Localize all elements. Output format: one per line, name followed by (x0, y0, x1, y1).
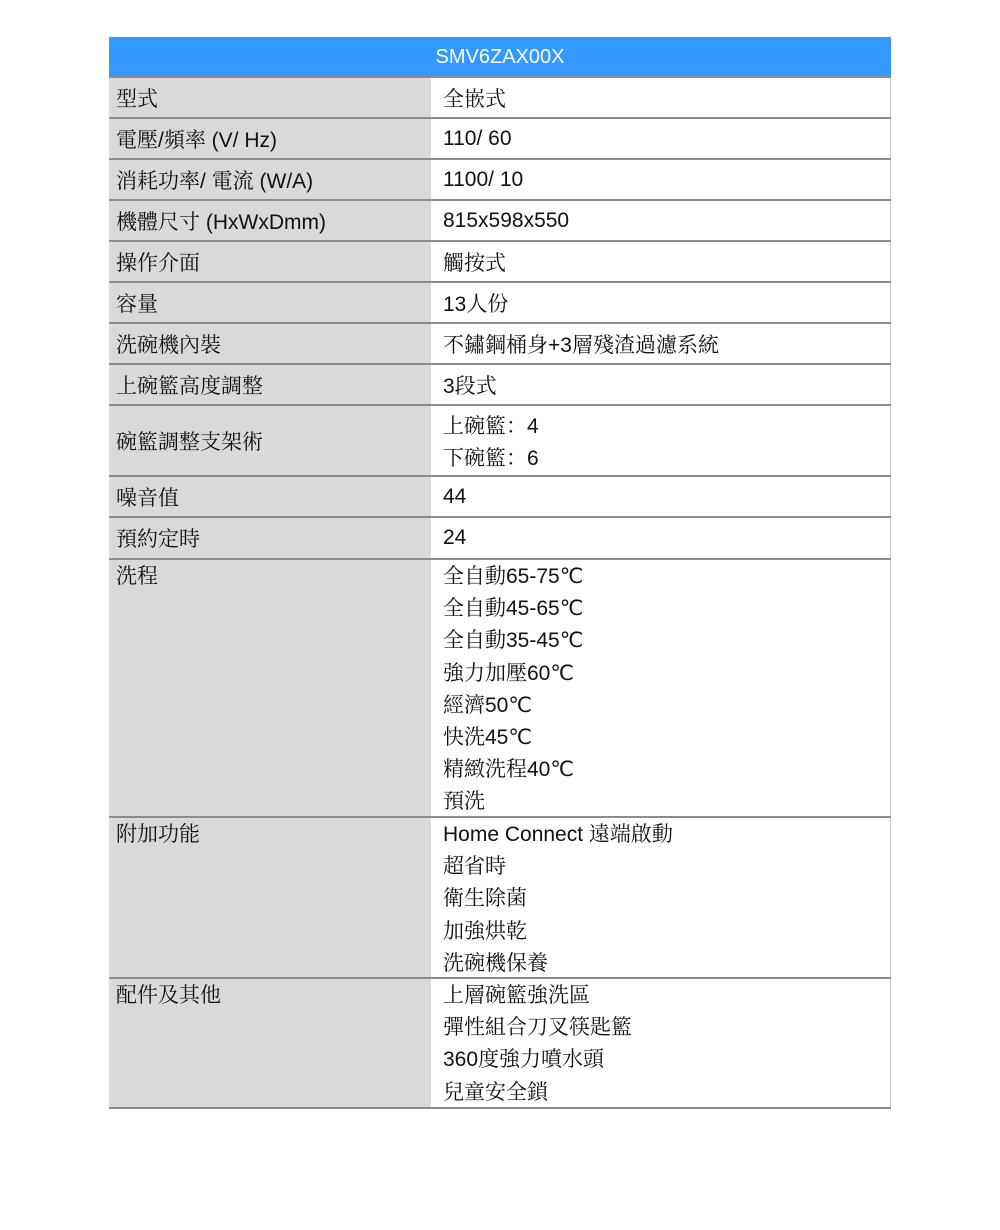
spec-value-line: 彈性組合刀叉筷匙籃 (443, 1012, 890, 1044)
spec-row-voltage: 電壓/頻率 (V/ Hz) 110/ 60 (109, 119, 891, 160)
spec-label-text: 容量 (116, 288, 158, 318)
spec-label: 型式 (109, 78, 431, 117)
spec-value: 觸按式 (431, 242, 891, 281)
spec-value-text: 110/ 60 (443, 127, 512, 151)
spec-label-text: 洗程 (116, 561, 158, 593)
spec-label-text: 附加功能 (116, 819, 200, 851)
spec-value-line: 超省時 (443, 851, 890, 883)
spec-value: 44 (431, 477, 891, 516)
spec-value-line: 強力加壓60℃ (443, 658, 890, 690)
spec-label: 附加功能 (109, 818, 431, 977)
spec-value: 13人份 (431, 283, 891, 322)
spec-row-programs: 洗程 全自動65-75℃ 全自動45-65℃ 全自動35-45℃ 強力加壓60℃… (109, 560, 891, 818)
spec-label: 上碗籃高度調整 (109, 365, 431, 404)
spec-label-text: 上碗籃高度調整 (116, 370, 263, 400)
spec-label: 預約定時 (109, 518, 431, 558)
spec-label-text: 操作介面 (116, 247, 200, 277)
spec-row-capacity: 容量 13人份 (109, 283, 891, 324)
spec-table: SMV6ZAX00X 型式 全嵌式 電壓/頻率 (V/ Hz) 110/ 60 … (109, 37, 891, 1109)
spec-value-line: 下碗籃：6 (443, 443, 890, 475)
spec-label: 機體尺寸 (HxWxDmm) (109, 201, 431, 240)
spec-value-line: 全自動35-45℃ (443, 625, 890, 657)
spec-label: 洗碗機內裝 (109, 324, 431, 363)
spec-label: 洗程 (109, 560, 431, 816)
spec-value: 不鏽鋼桶身+3層殘渣過濾系統 (431, 324, 891, 363)
spec-label-text: 碗籃調整支架術 (116, 426, 263, 456)
spec-value: 815x598x550 (431, 201, 891, 240)
spec-value-line: 全自動45-65℃ (443, 593, 890, 625)
spec-row-basket-racks: 碗籃調整支架術 上碗籃：4 下碗籃：6 (109, 406, 891, 477)
spec-label: 碗籃調整支架術 (109, 406, 431, 475)
spec-label-text: 機體尺寸 (HxWxDmm) (116, 206, 326, 236)
model-header: SMV6ZAX00X (109, 37, 891, 78)
spec-value-text: 全嵌式 (443, 83, 506, 113)
spec-value-line: 上層碗籃強洗區 (443, 980, 890, 1012)
spec-value: Home Connect 遠端啟動 超省時 衛生除菌 加強烘乾 洗碗機保養 (431, 818, 891, 977)
spec-value-line: 洗碗機保養 (443, 948, 890, 980)
spec-value-line: 360度強力噴水頭 (443, 1044, 890, 1076)
spec-label-text: 預約定時 (116, 523, 200, 553)
spec-row-accessories: 配件及其他 上層碗籃強洗區 彈性組合刀叉筷匙籃 360度強力噴水頭 兒童安全鎖 (109, 979, 891, 1109)
spec-row-type: 型式 全嵌式 (109, 78, 891, 119)
spec-value-text: 13人份 (443, 288, 508, 318)
spec-value-text: 不鏽鋼桶身+3層殘渣過濾系統 (443, 329, 719, 359)
spec-value-line: Home Connect 遠端啟動 (443, 819, 890, 851)
spec-row-interior: 洗碗機內裝 不鏽鋼桶身+3層殘渣過濾系統 (109, 324, 891, 365)
spec-label-text: 配件及其他 (116, 980, 221, 1012)
spec-value-text: 24 (443, 526, 466, 550)
spec-value-line: 精緻洗程40℃ (443, 754, 890, 786)
spec-label: 配件及其他 (109, 979, 431, 1107)
spec-value: 110/ 60 (431, 119, 891, 158)
spec-value-line: 兒童安全鎖 (443, 1077, 890, 1109)
spec-value: 上碗籃：4 下碗籃：6 (431, 406, 891, 475)
spec-label-text: 電壓/頻率 (V/ Hz) (116, 124, 277, 154)
spec-label-text: 洗碗機內裝 (116, 329, 221, 359)
spec-value-text: 815x598x550 (443, 209, 569, 233)
spec-row-extra-functions: 附加功能 Home Connect 遠端啟動 超省時 衛生除菌 加強烘乾 洗碗機… (109, 818, 891, 979)
spec-value-line: 經濟50℃ (443, 690, 890, 722)
spec-value-line: 加強烘乾 (443, 916, 890, 948)
spec-value: 全嵌式 (431, 78, 891, 117)
spec-row-dimensions: 機體尺寸 (HxWxDmm) 815x598x550 (109, 201, 891, 242)
spec-label: 電壓/頻率 (V/ Hz) (109, 119, 431, 158)
spec-value: 1100/ 10 (431, 160, 891, 199)
spec-row-upper-basket-height: 上碗籃高度調整 3段式 (109, 365, 891, 406)
spec-label-text: 型式 (116, 83, 158, 113)
spec-value-text: 44 (443, 485, 466, 509)
spec-row-interface: 操作介面 觸按式 (109, 242, 891, 283)
spec-label: 容量 (109, 283, 431, 322)
spec-label: 噪音值 (109, 477, 431, 516)
spec-row-noise: 噪音值 44 (109, 477, 891, 518)
spec-value-line: 快洗45℃ (443, 722, 890, 754)
spec-value-text: 1100/ 10 (443, 168, 523, 192)
spec-value: 全自動65-75℃ 全自動45-65℃ 全自動35-45℃ 強力加壓60℃ 經濟… (431, 560, 891, 816)
spec-value: 上層碗籃強洗區 彈性組合刀叉筷匙籃 360度強力噴水頭 兒童安全鎖 (431, 979, 891, 1107)
spec-row-timer: 預約定時 24 (109, 518, 891, 560)
spec-value-line: 全自動65-75℃ (443, 561, 890, 593)
spec-value: 3段式 (431, 365, 891, 404)
spec-value-line: 預洗 (443, 786, 890, 818)
spec-value-text: 觸按式 (443, 247, 506, 277)
spec-label-text: 噪音值 (116, 482, 179, 512)
spec-label: 操作介面 (109, 242, 431, 281)
spec-value: 24 (431, 518, 891, 558)
spec-row-power: 消耗功率/ 電流 (W/A) 1100/ 10 (109, 160, 891, 201)
spec-label-text: 消耗功率/ 電流 (W/A) (116, 165, 313, 195)
spec-value-line: 衛生除菌 (443, 883, 890, 915)
spec-value-line: 上碗籃：4 (443, 411, 890, 443)
spec-value-text: 3段式 (443, 370, 497, 400)
spec-label: 消耗功率/ 電流 (W/A) (109, 160, 431, 199)
